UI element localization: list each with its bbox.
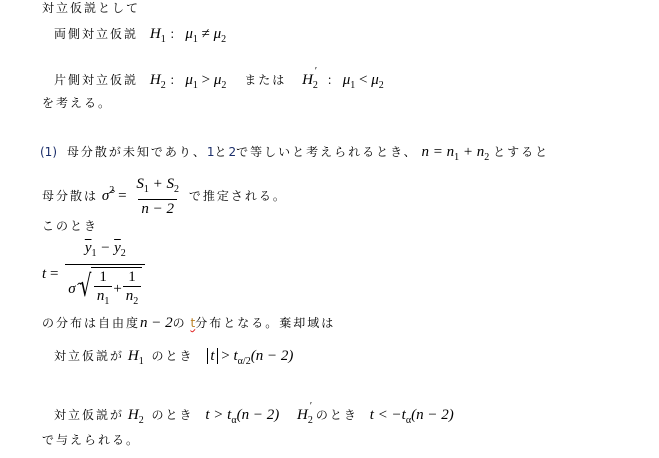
rejection-region-h1: 対立仮説が H1 のとき t > tα/2(n − 2) [54,348,293,370]
when-text: のとき [152,349,194,363]
hypothesis-expression: μ1 ≠ μ2 [185,26,226,42]
rejection-region-h2: 対立仮説が H2 のとき t > tα(n − 2) H2′ のとき t < −… [54,399,454,429]
t-statistic-formula: t = y1 − y2 σ̂ √ 1n1 + 1n2 [42,238,148,311]
one-sided-label: 片側対立仮説 [54,73,138,87]
hypothesis-symbol: H1 [150,26,166,42]
alt-hypothesis-expression: μ1 < μ2 [343,72,384,88]
when-text: のとき [316,408,358,422]
consider-text: を考える。 [42,95,112,111]
case1-paragraph: (1) 母分散が未知であり、1と2で等しいと考えられるとき、 n = n1 + … [40,144,549,166]
colon: ： [170,27,182,41]
two-sided-label: 両側対立仮説 [54,27,138,41]
dist-text: の分布は自由度 [42,316,140,330]
distribution-text: の分布は自由度n − 2の t分布となる。棄却域は [42,315,335,331]
rejection-condition: t > tα/2(n − 2) [207,348,293,364]
square-root: √ 1n1 + 1n2 [76,267,143,311]
alt-hypothesis-symbol: H2′ [297,407,312,423]
variance-fraction: S1 + S2 n − 2 [133,175,182,218]
case1-text: と [214,145,228,159]
case1-text: 母分散が未知であり、 [67,145,207,159]
variance-prefix: 母分散は [42,189,98,203]
two-sided-hypothesis: 両側対立仮説 H1 ： μ1 ≠ μ2 [54,26,226,48]
then-text: このとき [42,218,98,234]
degrees-of-freedom: n − 2 [140,315,173,331]
variance-estimate: 母分散は σ̂2 = S1 + S2 n − 2 で推定される。 [42,172,287,218]
colon: ： [327,73,339,87]
equals: = [50,266,58,282]
case1-text: で等しいと考えられるとき、 [236,145,418,159]
hypothesis-symbol: H1 [128,348,144,364]
dist-text: の [173,316,187,330]
reject-label: 対立仮説が [54,408,124,422]
t-symbol: t [42,266,46,282]
reject-label: 対立仮説が [54,349,124,363]
case-marker: (1) [40,145,57,159]
equals: = [118,188,126,204]
colon: ： [170,73,182,87]
hypothesis-expression: μ1 > μ2 [185,72,226,88]
when-text: のとき [152,408,194,422]
alt-hypothesis-symbol: H2′ [302,72,317,88]
hypothesis-symbol: H2 [128,407,144,423]
given-text: で与えられる。 [42,432,140,448]
sigma-hat: σ̂2 [102,188,114,204]
intro-text: 対立仮説として [42,0,140,16]
dist-text: 分布となる。棄却域は [195,316,335,330]
hypothesis-symbol: H2 [150,72,166,88]
variance-suffix: で推定される。 [189,189,287,203]
rejection-condition: t > tα(n − 2) [205,407,279,423]
alt-rejection-condition: t < −tα(n − 2) [370,407,454,423]
group-number-2: 2 [229,145,237,159]
n-definition: n = n1 + n2 [422,144,490,160]
sigma-hat: σ̂ [68,281,75,298]
or-text: または [244,73,286,87]
one-sided-hypothesis: 片側対立仮説 H2 ： μ1 > μ2 または H2′ ： μ1 < μ2 [54,64,384,94]
t-fraction: y1 − y2 σ̂ √ 1n1 + 1n2 [65,238,145,311]
case1-text: とすると [493,145,549,159]
